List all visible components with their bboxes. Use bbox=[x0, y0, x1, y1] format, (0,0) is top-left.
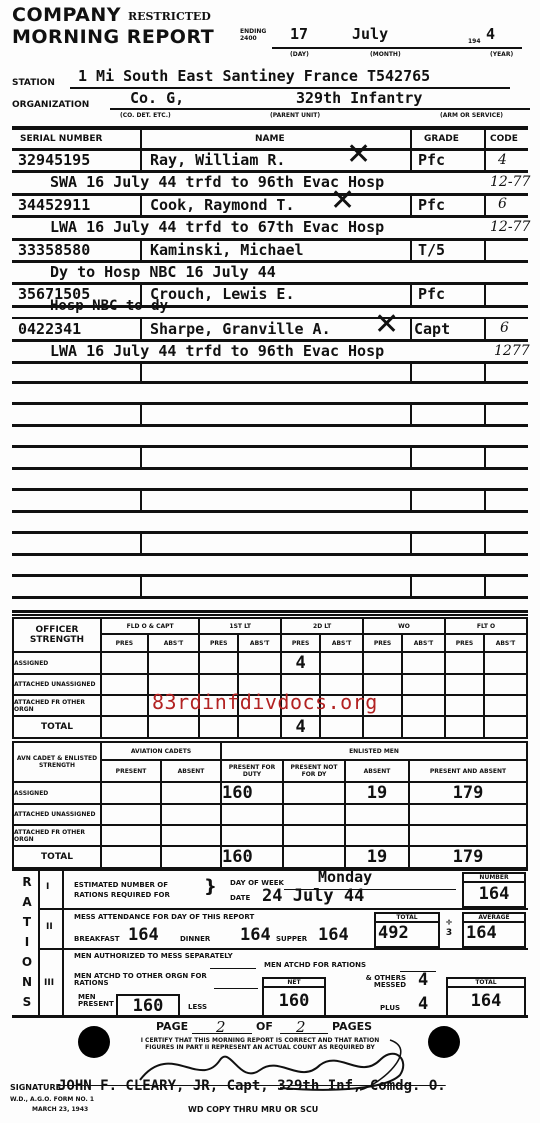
remark: LWA 16 July 44 trfd to 96th Evac Hosp bbox=[50, 341, 384, 361]
divide-by-three: ÷ 3 bbox=[442, 918, 456, 938]
sub-pres: PRES bbox=[445, 634, 484, 652]
cell bbox=[402, 652, 445, 674]
cell bbox=[484, 652, 527, 674]
cell bbox=[402, 716, 445, 738]
officer-row-total: TOTAL 4 bbox=[13, 716, 527, 738]
side-letter: T bbox=[20, 912, 34, 932]
section-ii-numeral: II bbox=[46, 922, 53, 932]
day-of-week-value: Monday bbox=[318, 867, 372, 887]
row-label: ATTACHED UNASSIGNED bbox=[13, 674, 101, 695]
row-label: ATTACHED FR OTHER ORGN bbox=[13, 825, 101, 846]
soldier-name: Ray, William R. bbox=[150, 150, 285, 170]
enlisted-row-attached-unassigned: ATTACHED UNASSIGNED bbox=[13, 804, 527, 825]
col-absent: ABSENT bbox=[161, 760, 221, 782]
signer-name: JOHN F. CLEARY, JR, Capt, 329th Inf, Com… bbox=[58, 1076, 446, 1096]
cell bbox=[101, 652, 148, 674]
officer-strength-table: OFFICER STRENGTH FLD O & CAPT 1ST LT 2D … bbox=[12, 617, 528, 739]
col-present-not-for-duty: PRESENT NOT FOR DY bbox=[283, 760, 345, 782]
form-title: MORNING REPORT bbox=[12, 28, 214, 47]
rations-side-label: R A T I O N S bbox=[20, 872, 34, 1012]
report-day: 17 bbox=[290, 24, 308, 44]
net-value: 160 bbox=[264, 988, 324, 1014]
side-letter: R bbox=[20, 872, 34, 892]
officer-strength-title: OFFICER STRENGTH bbox=[13, 618, 101, 652]
net-box: NET 160 bbox=[262, 977, 326, 1017]
code: 6 bbox=[500, 320, 509, 336]
soldier-name: Crouch, Lewis E. bbox=[150, 284, 295, 304]
mess-separately-label: MEN AUTHORIZED TO MESS SEPARATELY bbox=[74, 953, 254, 960]
row-label: TOTAL bbox=[13, 716, 101, 738]
check-x-icon: ✕ bbox=[374, 310, 399, 340]
cell: 160 bbox=[221, 846, 283, 868]
sub-abst: ABS'T bbox=[148, 634, 200, 652]
org-caption-parent: (PARENT UNIT) bbox=[270, 112, 320, 119]
col-em-absent: ABSENT bbox=[345, 760, 409, 782]
atchd-other-orgn-label: MEN ATCHD TO OTHER ORGN FOR RATIONS bbox=[74, 973, 224, 987]
soldier-name: Cook, Raymond T. bbox=[150, 195, 295, 215]
remark: Hosp NBC to dy bbox=[50, 298, 168, 314]
group-fld-o-capt: FLD O & CAPT bbox=[101, 618, 199, 634]
cell bbox=[148, 652, 200, 674]
cell: 160 bbox=[221, 782, 283, 804]
station-label: STATION bbox=[12, 78, 55, 88]
average-value: 164 bbox=[464, 923, 524, 943]
cell: 4 bbox=[281, 652, 320, 674]
remark: LWA 16 July 44 trfd to 67th Evac Hosp bbox=[50, 217, 384, 237]
col-name: NAME bbox=[255, 134, 285, 144]
date-label: DATE bbox=[230, 895, 250, 902]
sub-abst: ABS'T bbox=[484, 634, 527, 652]
number-label: NUMBER bbox=[464, 874, 524, 883]
supper-label: SUPPER bbox=[276, 936, 307, 943]
section-i-numeral: I bbox=[46, 882, 49, 892]
col-grade: GRADE bbox=[424, 134, 459, 144]
sub-pres: PRES bbox=[281, 634, 320, 652]
cell bbox=[283, 846, 345, 868]
average-label: AVERAGE bbox=[464, 914, 524, 923]
enlisted-strength-title: AVN CADET & ENLISTED STRENGTH bbox=[13, 742, 101, 782]
remark-code: 1277 bbox=[494, 343, 530, 359]
serial-number: 0422341 bbox=[18, 319, 81, 339]
day-caption: (DAY) bbox=[290, 51, 309, 58]
watermark: 83rdinfdivdocs.org bbox=[152, 690, 378, 714]
col-present: PRESENT bbox=[101, 760, 161, 782]
aviation-cadets-header: AVIATION CADETS bbox=[101, 742, 221, 760]
enlisted-row-total: TOTAL 160 19 179 bbox=[13, 846, 527, 868]
cell bbox=[161, 782, 221, 804]
cell: 19 bbox=[345, 846, 409, 868]
year-prefix: 194 bbox=[468, 38, 481, 45]
org-caption-unit: (CO. DET. ETC.) bbox=[120, 112, 171, 119]
men-present-box: 160 bbox=[116, 994, 180, 1016]
station-value: 1 Mi South East Santiney France T542765 bbox=[78, 66, 430, 86]
serial-number: 33358580 bbox=[18, 240, 90, 260]
cell bbox=[101, 846, 161, 868]
remark-code: 12-77 bbox=[490, 219, 530, 235]
col-present-for-duty: PRESENT FOR DUTY bbox=[221, 760, 283, 782]
grade: Capt bbox=[414, 319, 450, 339]
organization-label: ORGANIZATION bbox=[12, 100, 89, 110]
sub-abst: ABS'T bbox=[402, 634, 445, 652]
ration-total-value: 164 bbox=[448, 988, 524, 1014]
cell bbox=[148, 716, 200, 738]
grade: Pfc bbox=[418, 150, 445, 170]
total-label: TOTAL bbox=[448, 979, 524, 988]
breakfast-value: 164 bbox=[128, 925, 159, 945]
row-label: ATTACHED FR OTHER ORGN bbox=[13, 695, 101, 716]
side-letter: A bbox=[20, 892, 34, 912]
col-serial-number: SERIAL NUMBER bbox=[20, 134, 102, 144]
group-wo: WO bbox=[363, 618, 445, 634]
cell bbox=[199, 716, 238, 738]
col-present-and-absent: PRESENT AND ABSENT bbox=[409, 760, 527, 782]
dinner-label: DINNER bbox=[180, 936, 210, 943]
cell bbox=[238, 716, 281, 738]
cell bbox=[199, 652, 238, 674]
breakfast-label: BREAKFAST bbox=[74, 936, 120, 943]
cell bbox=[101, 782, 161, 804]
form-number: W.D., A.G.O. FORM NO. 1 bbox=[10, 1096, 94, 1103]
others-messed-label: & OTHERS MESSED bbox=[336, 975, 406, 989]
group-flt-o: FLT O bbox=[445, 618, 527, 634]
copy-routing-note: WD COPY THRU MRU OR SCU bbox=[188, 1106, 318, 1113]
report-month: July bbox=[352, 24, 388, 44]
serial-number: 34452911 bbox=[18, 195, 90, 215]
sub-abst: ABS'T bbox=[320, 634, 363, 652]
serial-number: 32945195 bbox=[18, 150, 90, 170]
enlisted-strength-table: AVN CADET & ENLISTED STRENGTH AVIATION C… bbox=[12, 741, 528, 869]
ration-date-value: 24 July 44 bbox=[262, 886, 364, 906]
org-unit: Co. G, bbox=[130, 88, 184, 108]
side-letter: N bbox=[20, 972, 34, 992]
others-messed-value: 4 bbox=[418, 970, 428, 990]
binder-hole-right bbox=[428, 1026, 460, 1058]
net-label: NET bbox=[264, 979, 324, 988]
group-2d-lt: 2D LT bbox=[281, 618, 363, 634]
row-label: ASSIGNED bbox=[13, 782, 101, 804]
enlisted-row-assigned: ASSIGNED 160 19 179 bbox=[13, 782, 527, 804]
soldier-name: Sharpe, Granville A. bbox=[150, 319, 331, 339]
cell bbox=[320, 652, 363, 674]
month-caption: (MONTH) bbox=[370, 51, 401, 58]
cell bbox=[484, 716, 527, 738]
total-label: TOTAL bbox=[376, 914, 438, 923]
cell: 179 bbox=[409, 782, 527, 804]
enlisted-row-attached-other: ATTACHED FR OTHER ORGN bbox=[13, 825, 527, 846]
side-letter: I bbox=[20, 932, 34, 952]
number-value: 164 bbox=[464, 883, 524, 905]
ration-total-box: TOTAL 164 bbox=[446, 977, 526, 1017]
men-present-label: MEN PRESENT bbox=[78, 994, 112, 1008]
parent-unit: 329th Infantry bbox=[296, 88, 422, 108]
grade: T/5 bbox=[418, 240, 445, 260]
cell bbox=[363, 652, 402, 674]
sub-pres: PRES bbox=[199, 634, 238, 652]
section-iii-numeral: III bbox=[44, 978, 54, 988]
less-label: LESS bbox=[188, 1004, 207, 1011]
mess-total-value: 492 bbox=[376, 923, 438, 943]
grade: Pfc bbox=[418, 195, 445, 215]
report-year: 4 bbox=[486, 24, 495, 44]
row-label: ASSIGNED bbox=[13, 652, 101, 674]
plus-label: PLUS bbox=[380, 1005, 400, 1012]
remark-code: 12-77 bbox=[490, 174, 530, 190]
cell: 19 bbox=[345, 782, 409, 804]
grade: Pfc bbox=[418, 284, 445, 304]
mess-total-box: TOTAL 492 bbox=[374, 912, 440, 948]
cell bbox=[101, 716, 148, 738]
number-box: NUMBER 164 bbox=[462, 872, 526, 908]
remark: Dy to Hosp NBC 16 July 44 bbox=[50, 262, 276, 282]
code: 4 bbox=[498, 152, 507, 168]
ending-label: ENDING 2400 bbox=[240, 28, 272, 42]
sub-pres: PRES bbox=[101, 634, 148, 652]
cell bbox=[445, 716, 484, 738]
cell: 4 bbox=[281, 716, 320, 738]
binder-hole-left bbox=[78, 1026, 110, 1058]
cell bbox=[320, 716, 363, 738]
group-1st-lt: 1ST LT bbox=[199, 618, 281, 634]
soldier-name: Kaminski, Michael bbox=[150, 240, 304, 260]
mess-attendance-label: MESS ATTENDANCE FOR DAY OF THIS REPORT bbox=[74, 914, 254, 921]
row-label: TOTAL bbox=[13, 846, 101, 868]
side-letter: O bbox=[20, 952, 34, 972]
form-type-company: COMPANY bbox=[12, 6, 121, 25]
rations-required-label: ESTIMATED NUMBER OF RATIONS REQUIRED FOR bbox=[74, 880, 204, 900]
men-present-value: 160 bbox=[118, 996, 178, 1016]
enlisted-men-header: ENLISTED MEN bbox=[221, 742, 527, 760]
check-x-icon: ✕ bbox=[346, 140, 371, 170]
code: 6 bbox=[498, 196, 507, 212]
sub-pres: PRES bbox=[363, 634, 402, 652]
cell: 179 bbox=[409, 846, 527, 868]
dinner-value: 164 bbox=[240, 925, 271, 945]
cell bbox=[161, 846, 221, 868]
supper-value: 164 bbox=[318, 925, 349, 945]
brace-icon: } bbox=[204, 876, 217, 898]
sub-abst: ABS'T bbox=[238, 634, 281, 652]
plus-value: 4 bbox=[418, 994, 428, 1014]
form-date: MARCH 23, 1943 bbox=[32, 1106, 88, 1113]
col-code: CODE bbox=[490, 134, 518, 144]
cell bbox=[363, 716, 402, 738]
org-caption-arm: (ARM OR SERVICE) bbox=[440, 112, 503, 119]
atchd-for-rations-label: MEN ATCHD FOR RATIONS bbox=[264, 962, 366, 969]
cell bbox=[238, 652, 281, 674]
side-letter: S bbox=[20, 992, 34, 1012]
check-x-icon: ✕ bbox=[330, 186, 355, 216]
officer-row-assigned: ASSIGNED 4 bbox=[13, 652, 527, 674]
cell bbox=[445, 652, 484, 674]
cell bbox=[283, 782, 345, 804]
signature-label: SIGNATURE bbox=[10, 1084, 61, 1091]
row-label: ATTACHED UNASSIGNED bbox=[13, 804, 101, 825]
restricted-stamp: RESTRICTED bbox=[128, 10, 211, 23]
year-caption: (YEAR) bbox=[490, 51, 513, 58]
average-box: AVERAGE 164 bbox=[462, 912, 526, 948]
